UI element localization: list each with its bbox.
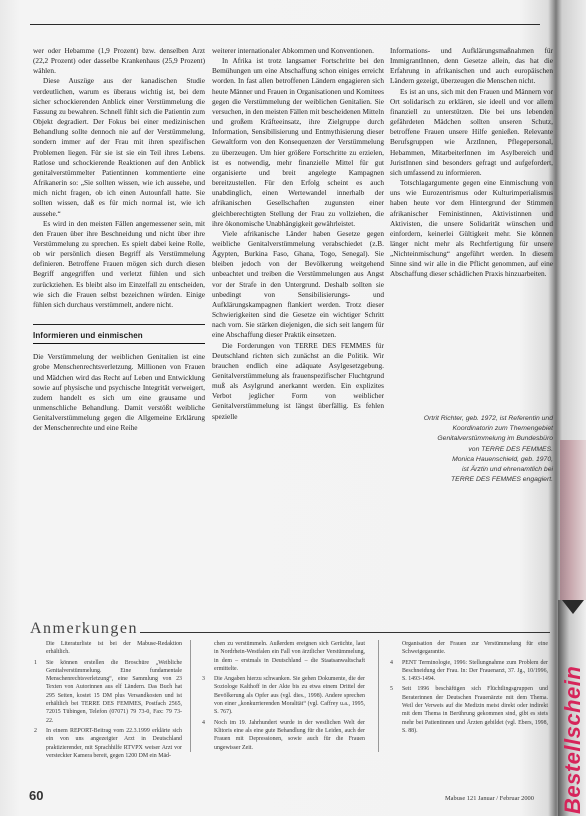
paragraph: Die Forderungen von TERRE DES FEMMES für… (212, 341, 384, 422)
column-divider (190, 640, 191, 752)
order-form-label: Bestellschein (560, 666, 586, 814)
footnote: chen zu verstümmeln. Außerdem ereignen s… (200, 640, 365, 673)
author-line: TERRE DES FEMMES engagiert. (395, 475, 553, 485)
column-divider (378, 640, 379, 752)
author-bio: Ortrit Richter, geb. 1972, ist Referenti… (395, 414, 553, 485)
footnote-number: 5 (390, 685, 393, 693)
journal-reference: Mabuse 121 Januar / Februar 2000 (445, 795, 534, 802)
paragraph: Viele afrikanische Länder haben Gesetze … (212, 229, 384, 341)
footnote-text: Noch im 19. Jahrhundert wurde in der wes… (214, 720, 365, 751)
paragraph: wer oder Hebamme (1,9 Prozent) bzw. dens… (33, 46, 205, 76)
paragraph: Es ist an uns, sich mit den Frauen und M… (390, 87, 553, 178)
paragraph: In Afrika ist trotz langsamer Fortschrit… (212, 56, 384, 229)
footnote-text: Seit 1996 beschäftigen sich Flüchtlingsg… (402, 686, 548, 733)
footnote-text: Organisation der Frauen zur Verstümmelun… (402, 641, 548, 655)
footnote: 3 Die Angaben hierzu schwanken. Sie gehe… (200, 675, 365, 716)
footnote: 5 Seit 1996 beschäftigen sich Flüchtling… (388, 685, 548, 735)
order-form-tab[interactable]: Bestellschein (558, 600, 586, 816)
footnote: 1 Sie können erstellen die Broschüre „We… (32, 659, 182, 725)
notes-rule (140, 632, 550, 633)
paragraph: weiterer internationaler Abkommen und Ko… (212, 46, 384, 56)
footnote-number: 4 (390, 659, 393, 667)
subheading: Informieren und einmischen (33, 331, 205, 344)
footnote-number: 2 (34, 727, 37, 735)
footnote-text: In einem REPORT-Beitrag vom 22.3.1999 er… (46, 728, 182, 759)
notes-column-3: Organisation der Frauen zur Verstümmelun… (388, 640, 548, 737)
author-line: Koordinatorin zum Themengebiet (395, 424, 553, 434)
scanned-page: wer oder Hebamme (1,9 Prozent) bzw. dens… (0, 0, 586, 816)
footnote-text: Die Literaturliste ist bei der Mabuse-Re… (46, 641, 182, 655)
top-rule (30, 24, 540, 25)
footnote-text: Die Angaben hierzu schwanken. Sie gehen … (214, 676, 365, 715)
footnote: Die Literaturliste ist bei der Mabuse-Re… (32, 640, 182, 657)
notes-heading: Anmerkungen (30, 620, 138, 638)
author-line: von TERRE DES FEMMES. (395, 445, 553, 455)
footnote: 4 Noch im 19. Jahrhundert wurde in der w… (200, 719, 365, 752)
footnote-text: PENT Terminologie, 1996: Stellungnahme z… (402, 660, 548, 683)
author-line: Monica Hauenschield, geb. 1970, (395, 455, 553, 465)
paragraph: Informations- und Aufklärungsmaßnahmen f… (390, 46, 553, 87)
paragraph: Es wird in den meisten Fällen angemessen… (33, 219, 205, 310)
subheading-block: Informieren und einmischen (33, 324, 205, 344)
article-column-1: wer oder Hebamme (1,9 Prozent) bzw. dens… (33, 46, 205, 433)
article-column-3: Informations- und Aufklärungsmaßnahmen f… (390, 46, 553, 280)
article-column-2: weiterer internationaler Abkommen und Ko… (212, 46, 384, 422)
notes-column-2: chen zu verstümmeln. Außerdem ereignen s… (200, 640, 365, 754)
author-line: Genitalverstümmelung im Bundesbüro (395, 434, 553, 444)
footnote-text: Sie können erstellen die Broschüre „Weib… (46, 660, 182, 724)
page-number: 60 (29, 788, 43, 803)
arrow-down-icon (562, 600, 584, 614)
author-line: Ortrit Richter, geb. 1972, ist Referenti… (395, 414, 553, 424)
footnote-number: 4 (202, 719, 205, 727)
author-line: ist Ärztin und ehrenamtlich bei (395, 465, 553, 475)
paragraph: Die Verstümmelung der weiblichen Genital… (33, 352, 205, 433)
footnote: 4 PENT Terminologie, 1996: Stellungnahme… (388, 659, 548, 684)
footnote: Organisation der Frauen zur Verstümmelun… (388, 640, 548, 657)
paragraph: Totschlagargumente gegen eine Einmischun… (390, 178, 553, 280)
page-edge-strip (560, 440, 586, 600)
notes-column-1: Die Literaturliste ist bei der Mabuse-Re… (32, 640, 182, 762)
footnote-number: 1 (34, 659, 37, 667)
paragraph: Diese Auszüge aus der kanadischen Studie… (33, 76, 205, 218)
footnote-number: 3 (202, 675, 205, 683)
footnote-text: chen zu verstümmeln. Außerdem ereignen s… (214, 641, 365, 672)
footnote: 2 In einem REPORT-Beitrag vom 22.3.1999 … (32, 727, 182, 760)
